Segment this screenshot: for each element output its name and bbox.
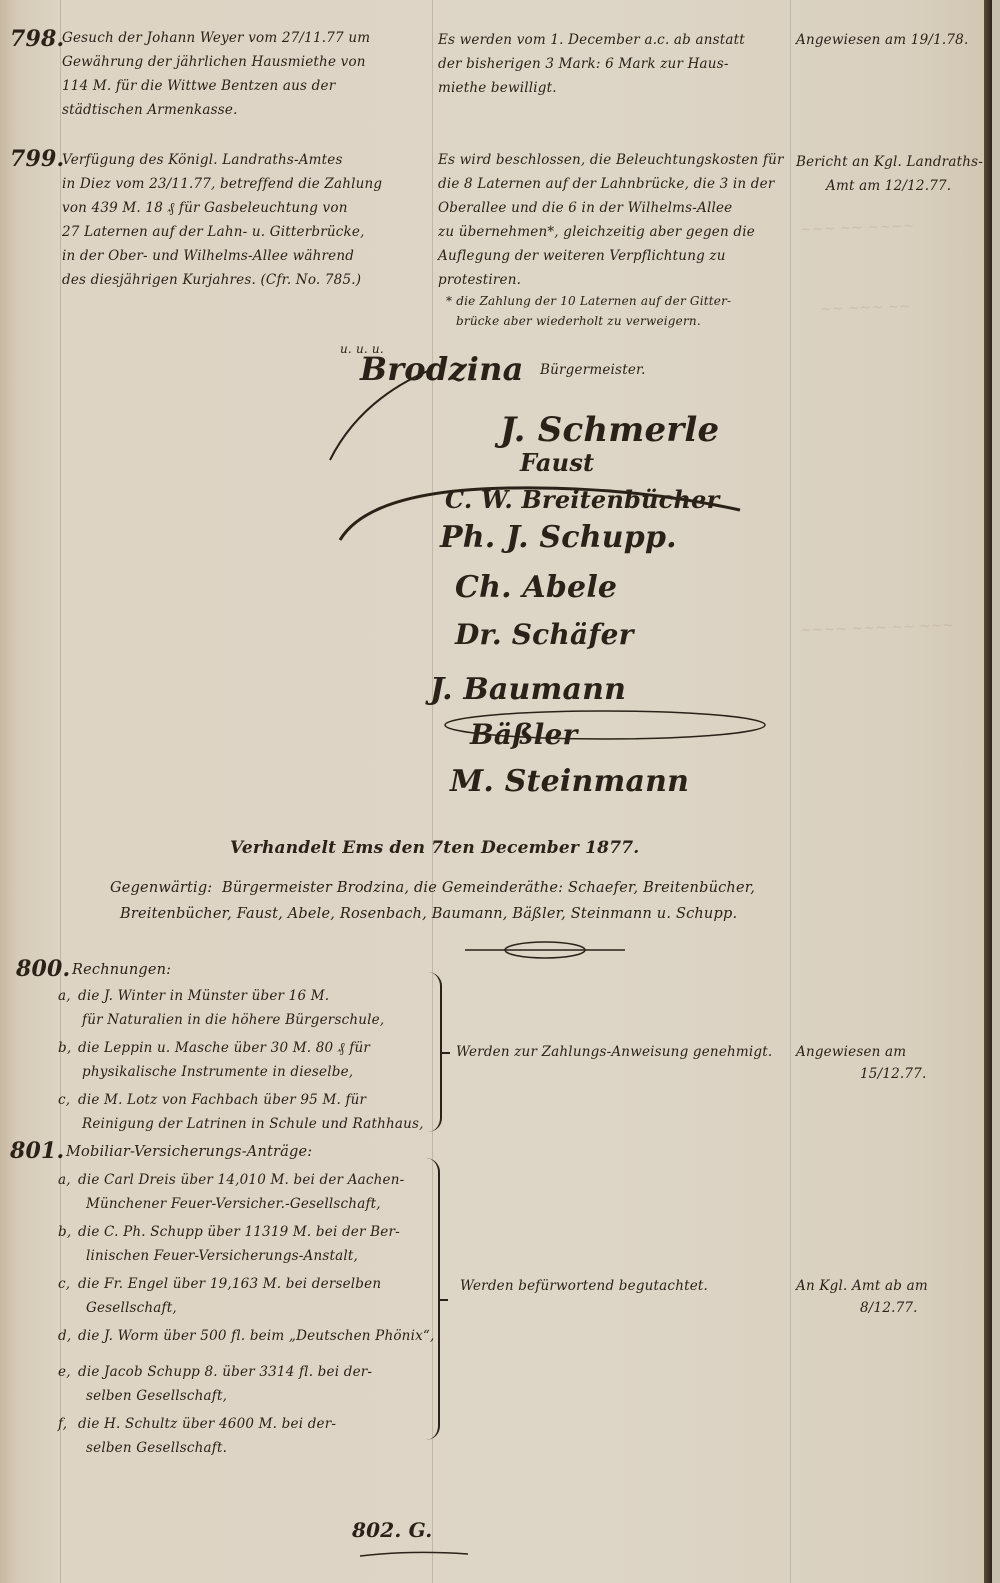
bleed-through-text: ~~ ~~~ ~~ — [820, 298, 912, 317]
entry-execution-note: Bericht an Kgl. Landraths- — [796, 150, 983, 174]
signature: M. Steinmann — [450, 764, 689, 799]
item-line: die H. Schultz über 4600 M. bei der- — [78, 1412, 336, 1436]
entry-subject-line: Verfügung des Königl. Landraths-Amtes — [62, 148, 343, 172]
book-spine-edge — [984, 0, 992, 1583]
entry-subject-line: 27 Laternen auf der Lahn- u. Gitterbrück… — [62, 220, 365, 244]
item-line: physikalische Instrumente in dieselbe, — [82, 1060, 353, 1084]
item-label: c, — [58, 1088, 70, 1112]
item-line: Reinigung der Latrinen in Schule und Rat… — [82, 1112, 424, 1136]
item-line: für Naturalien in die höhere Bürgerschul… — [82, 1008, 384, 1032]
signature: J. Baumann — [430, 672, 626, 707]
catchword-underline — [360, 1550, 470, 1560]
entry-subject-line: in der Ober- und Wilhelms-Allee während — [62, 244, 354, 268]
item-line: die Fr. Engel über 19,163 M. bei derselb… — [78, 1272, 381, 1296]
signature: Ph. J. Schupp. — [440, 520, 677, 555]
grouping-brace — [428, 972, 442, 1132]
signature: Dr. Schäfer — [455, 618, 634, 651]
entry-decision-line: Werden befürwortend begutachtet. — [460, 1274, 708, 1298]
item-line: selben Gesellschaft, — [86, 1384, 227, 1408]
entry-decision-line: Es werden vom 1. December a.c. ab anstat… — [438, 28, 745, 52]
present-list: Bürgermeister Brodzina, die Gemeinderäth… — [222, 876, 755, 900]
ledger-page: ~~~ ~~ ~~~~ ~~ ~~~ ~~ ~~~~ ~~~ ~~ ~~~ 79… — [0, 0, 992, 1583]
item-line: die C. Ph. Schupp über 11319 M. bei der … — [78, 1220, 400, 1244]
entry-decision-line: Oberallee und die 6 in der Wilhelms-Alle… — [438, 196, 732, 220]
entry-execution-note: Angewiesen am — [796, 1040, 906, 1064]
entry-subject-line: Gewährung der jährlichen Hausmiethe von — [62, 50, 366, 74]
present-label: Gegenwärtig: — [110, 876, 212, 900]
item-label: f, — [58, 1412, 67, 1436]
entry-decision-line: zu übernehmen*, gleichzeitig aber gegen … — [438, 220, 755, 244]
entry-decision-line: Auflegung der weiteren Verpflichtung zu — [438, 244, 726, 268]
entry-decision-line: Es wird beschlossen, die Beleuchtungskos… — [438, 148, 784, 172]
item-line: Münchener Feuer-Versicher.-Gesellschaft, — [86, 1192, 381, 1216]
entry-decision-line: Werden zur Zahlungs-Anweisung genehmigt. — [456, 1040, 772, 1064]
entry-decision-line: der bisherigen 3 Mark: 6 Mark zur Haus- — [438, 52, 729, 76]
item-line: selben Gesellschaft. — [86, 1436, 227, 1460]
entry-subject-line: Gesuch der Johann Weyer vom 27/11.77 um — [62, 26, 370, 50]
entry-subject-line: von 439 M. 18 ₰ für Gasbeleuchtung von — [62, 196, 348, 220]
signature-title: Bürgermeister. — [540, 358, 646, 382]
item-label: a, — [58, 1168, 71, 1192]
entry-execution-note: Angewiesen am 19/1.78. — [796, 28, 968, 52]
entry-execution-note: 8/12.77. — [860, 1296, 918, 1320]
entry-decision-line: die 8 Laternen auf der Lahnbrücke, die 3… — [438, 172, 775, 196]
grouping-brace — [426, 1158, 440, 1440]
item-line: die J. Winter in Münster über 16 M. — [78, 984, 329, 1008]
item-line: die Carl Dreis über 14,010 M. bei der Aa… — [78, 1168, 404, 1192]
item-line: die J. Worm über 500 fl. beim „Deutschen… — [78, 1324, 435, 1348]
item-line: die Jacob Schupp 8. über 3314 fl. bei de… — [78, 1360, 372, 1384]
entry-execution-note: 15/12.77. — [860, 1062, 926, 1086]
bleed-through-text: ~~~ ~~ ~~~~ — [800, 218, 915, 238]
entry-subject-title: Mobiliar-Versicherungs-Anträge: — [66, 1140, 312, 1164]
item-line: Gesellschaft, — [86, 1296, 177, 1320]
item-label: a, — [58, 984, 71, 1008]
signature: Bäßler — [470, 718, 578, 751]
entry-number: 799. — [10, 146, 64, 172]
entry-decision-footnote: * die Zahlung der 10 Laternen auf der Gi… — [446, 290, 731, 312]
column-rule-decision — [790, 0, 791, 1583]
entry-subject-line: des diesjährigen Kurjahres. (Cfr. No. 78… — [62, 268, 361, 292]
signature-flourish — [320, 360, 440, 470]
bleed-through-text: ~~~~ ~~~ ~~ ~~~ — [800, 617, 955, 638]
item-line: die M. Lotz von Fachbach über 95 M. für — [78, 1088, 366, 1112]
entry-decision-footnote: brücke aber wiederholt zu verweigern. — [456, 310, 701, 332]
item-label: c, — [58, 1272, 70, 1296]
entry-execution-note: Amt am 12/12.77. — [826, 174, 951, 198]
item-line: linischen Feuer-Versicherungs-Anstalt, — [86, 1244, 358, 1268]
entry-subject-line: städtischen Armenkasse. — [62, 98, 238, 122]
entry-execution-note: An Kgl. Amt ab am — [796, 1274, 928, 1298]
footer-catchword: 802. G. — [352, 1518, 432, 1542]
item-label: b, — [58, 1036, 71, 1060]
signature: J. Schmerle — [500, 410, 719, 450]
entry-number: 801. — [10, 1138, 64, 1164]
entry-decision-line: protestiren. — [438, 268, 521, 292]
entry-subject-line: 114 M. für die Wittwe Bentzen aus der — [62, 74, 335, 98]
session-heading: Verhandelt Ems den 7ten December 1877. — [230, 838, 639, 858]
present-list: Breitenbücher, Faust, Abele, Rosenbach, … — [120, 902, 737, 926]
signature: Ch. Abele — [455, 570, 617, 605]
entry-number: 798. — [10, 26, 64, 52]
entry-subject-line: in Diez vom 23/11.77, betreffend die Zah… — [62, 172, 382, 196]
entry-number: 800. — [16, 956, 70, 982]
item-line: die Leppin u. Masche über 30 M. 80 ₰ für — [78, 1036, 370, 1060]
entry-decision-line: miethe bewilligt. — [438, 76, 557, 100]
item-label: b, — [58, 1220, 71, 1244]
section-divider-flourish — [460, 938, 630, 962]
item-label: e, — [58, 1360, 71, 1384]
item-label: d, — [58, 1324, 71, 1348]
entry-subject-title: Rechnungen: — [72, 958, 171, 982]
signature: C. W. Breitenbücher — [445, 485, 719, 514]
